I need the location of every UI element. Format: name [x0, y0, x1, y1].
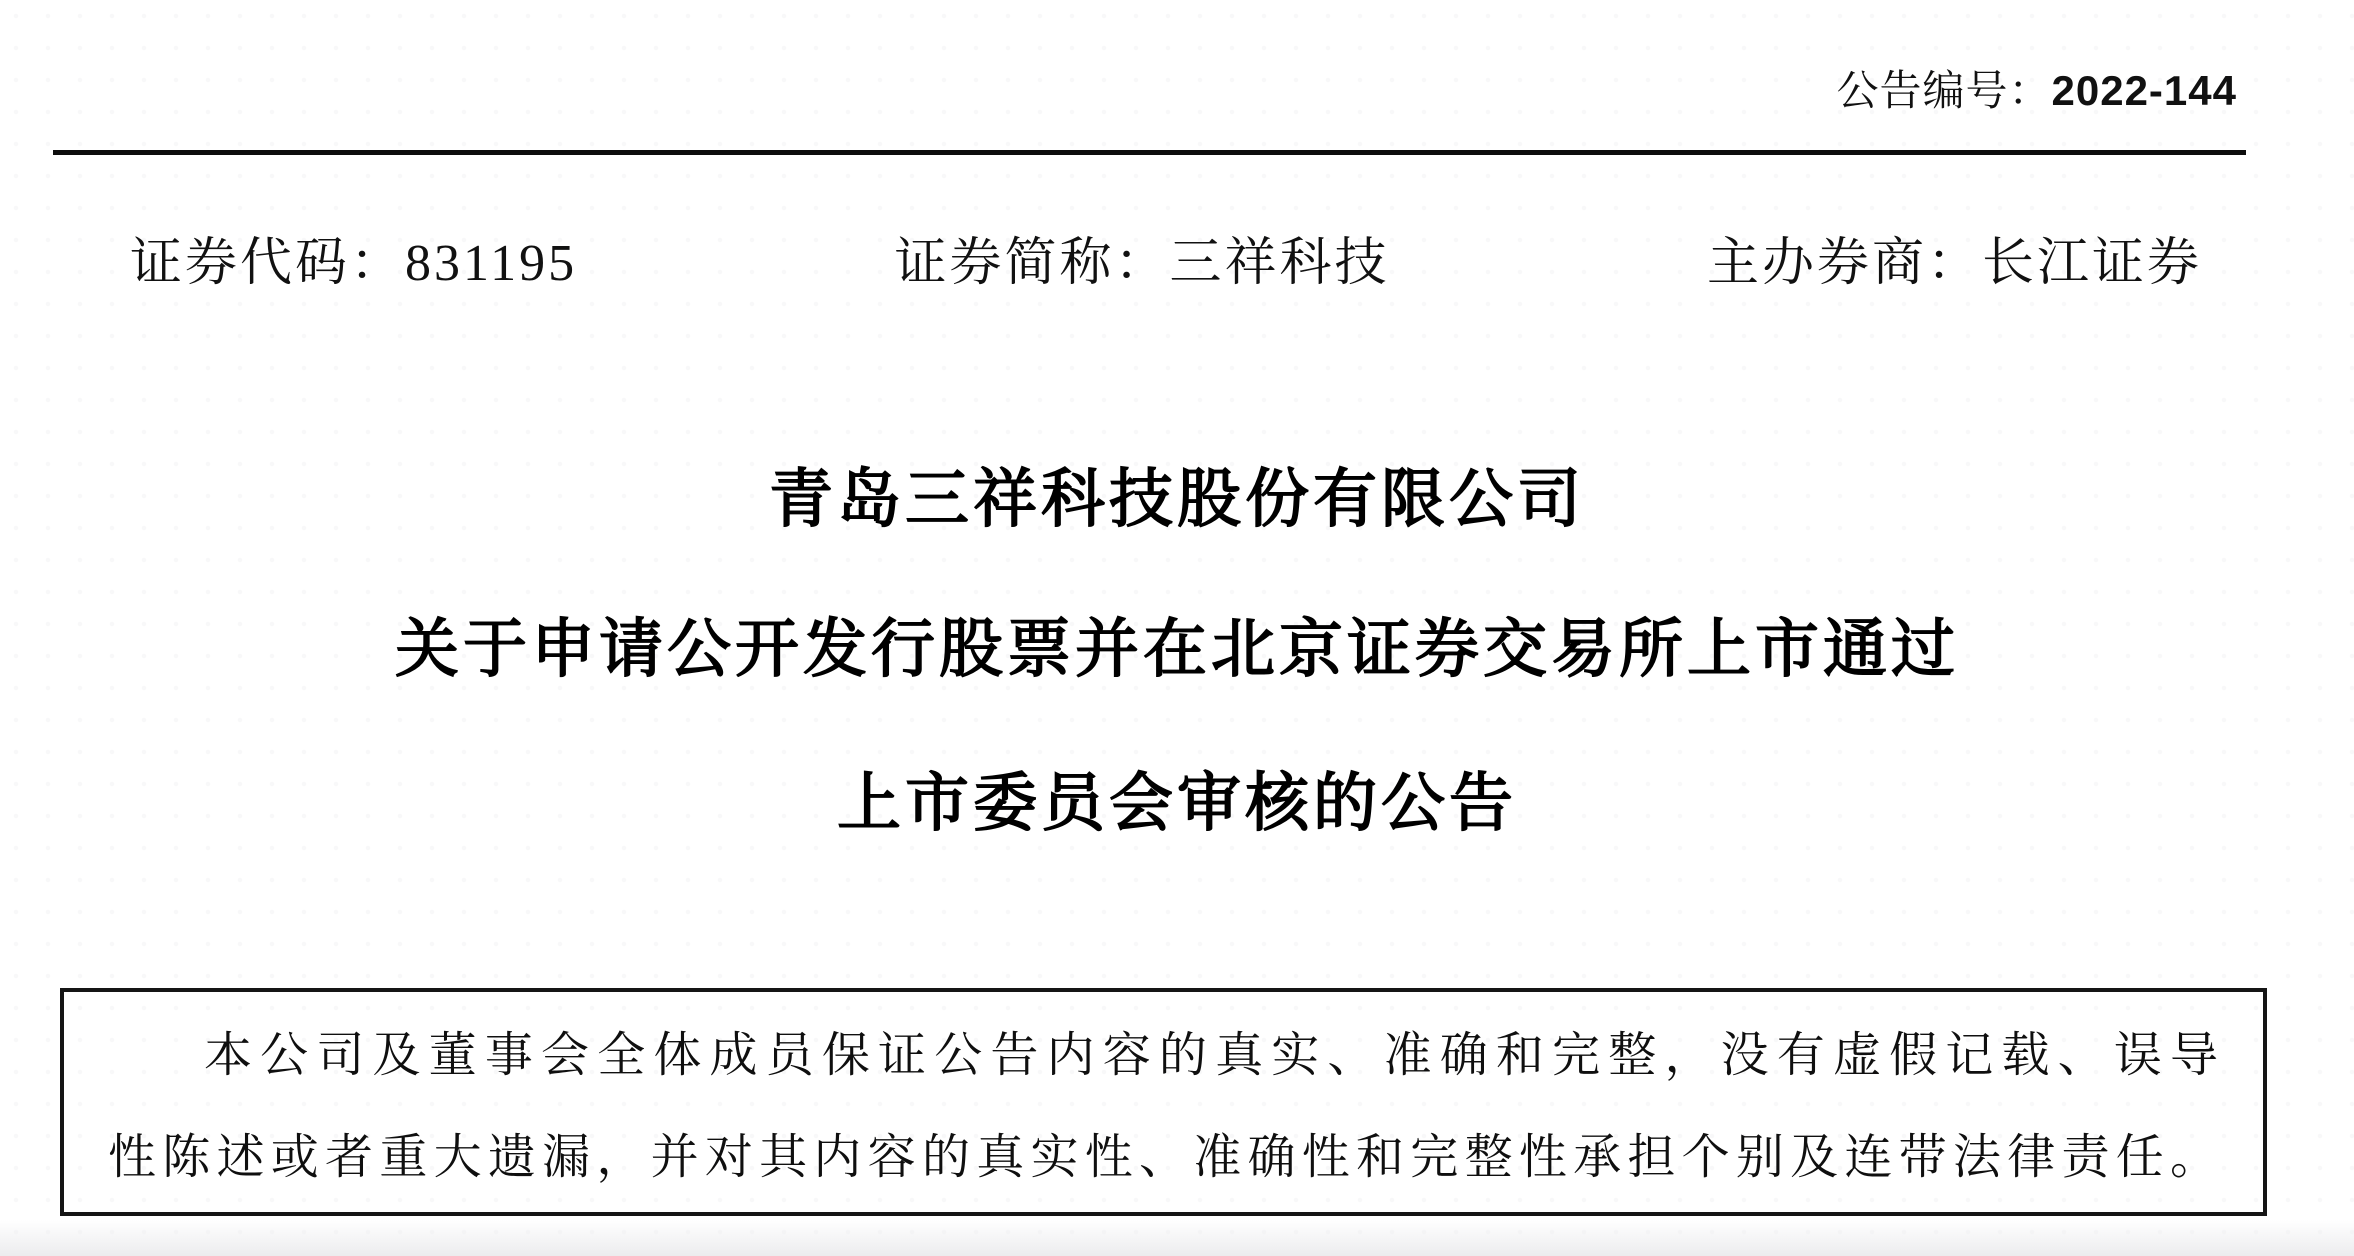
- announcement-number-label: 公告编号：: [1836, 69, 2051, 115]
- announcement-number-value: 2022-144: [2052, 67, 2238, 114]
- title-subject-line: 关于申请公开发行股票并在北京证券交易所上市通过: [0, 612, 2354, 688]
- document-page: 公告编号：2022-144 证券代码：831195 证券简称：三祥科技 主办券商…: [0, 0, 2354, 1256]
- announcement-number: 公告编号：2022-144: [0, 64, 2237, 119]
- securities-abbreviation: 证券简称：三祥科技: [895, 234, 1390, 294]
- sponsor-broker: 主办券商：长江证券: [1707, 234, 2202, 294]
- securities-info-row: 证券代码：831195 证券简称：三祥科技 主办券商：长江证券: [130, 234, 2202, 294]
- page-bottom-shadow: [0, 1220, 2354, 1256]
- disclaimer-line-1: 本公司及董事会全体成员保证公告内容的真实、准确和完整，没有虚假记载、误导: [108, 1005, 2219, 1107]
- title-company-name: 青岛三祥科技股份有限公司: [0, 462, 2354, 538]
- header-rule: [53, 150, 2246, 155]
- disclaimer-line-2: 性陈述或者重大遗漏，并对其内容的真实性、准确性和完整性承担个别及连带法律责任。: [108, 1107, 2219, 1209]
- title-document-type: 上市委员会审核的公告: [0, 766, 2354, 842]
- disclaimer-box: 本公司及董事会全体成员保证公告内容的真实、准确和完整，没有虚假记载、误导 性陈述…: [60, 988, 2267, 1216]
- securities-code: 证券代码：831195: [130, 234, 577, 294]
